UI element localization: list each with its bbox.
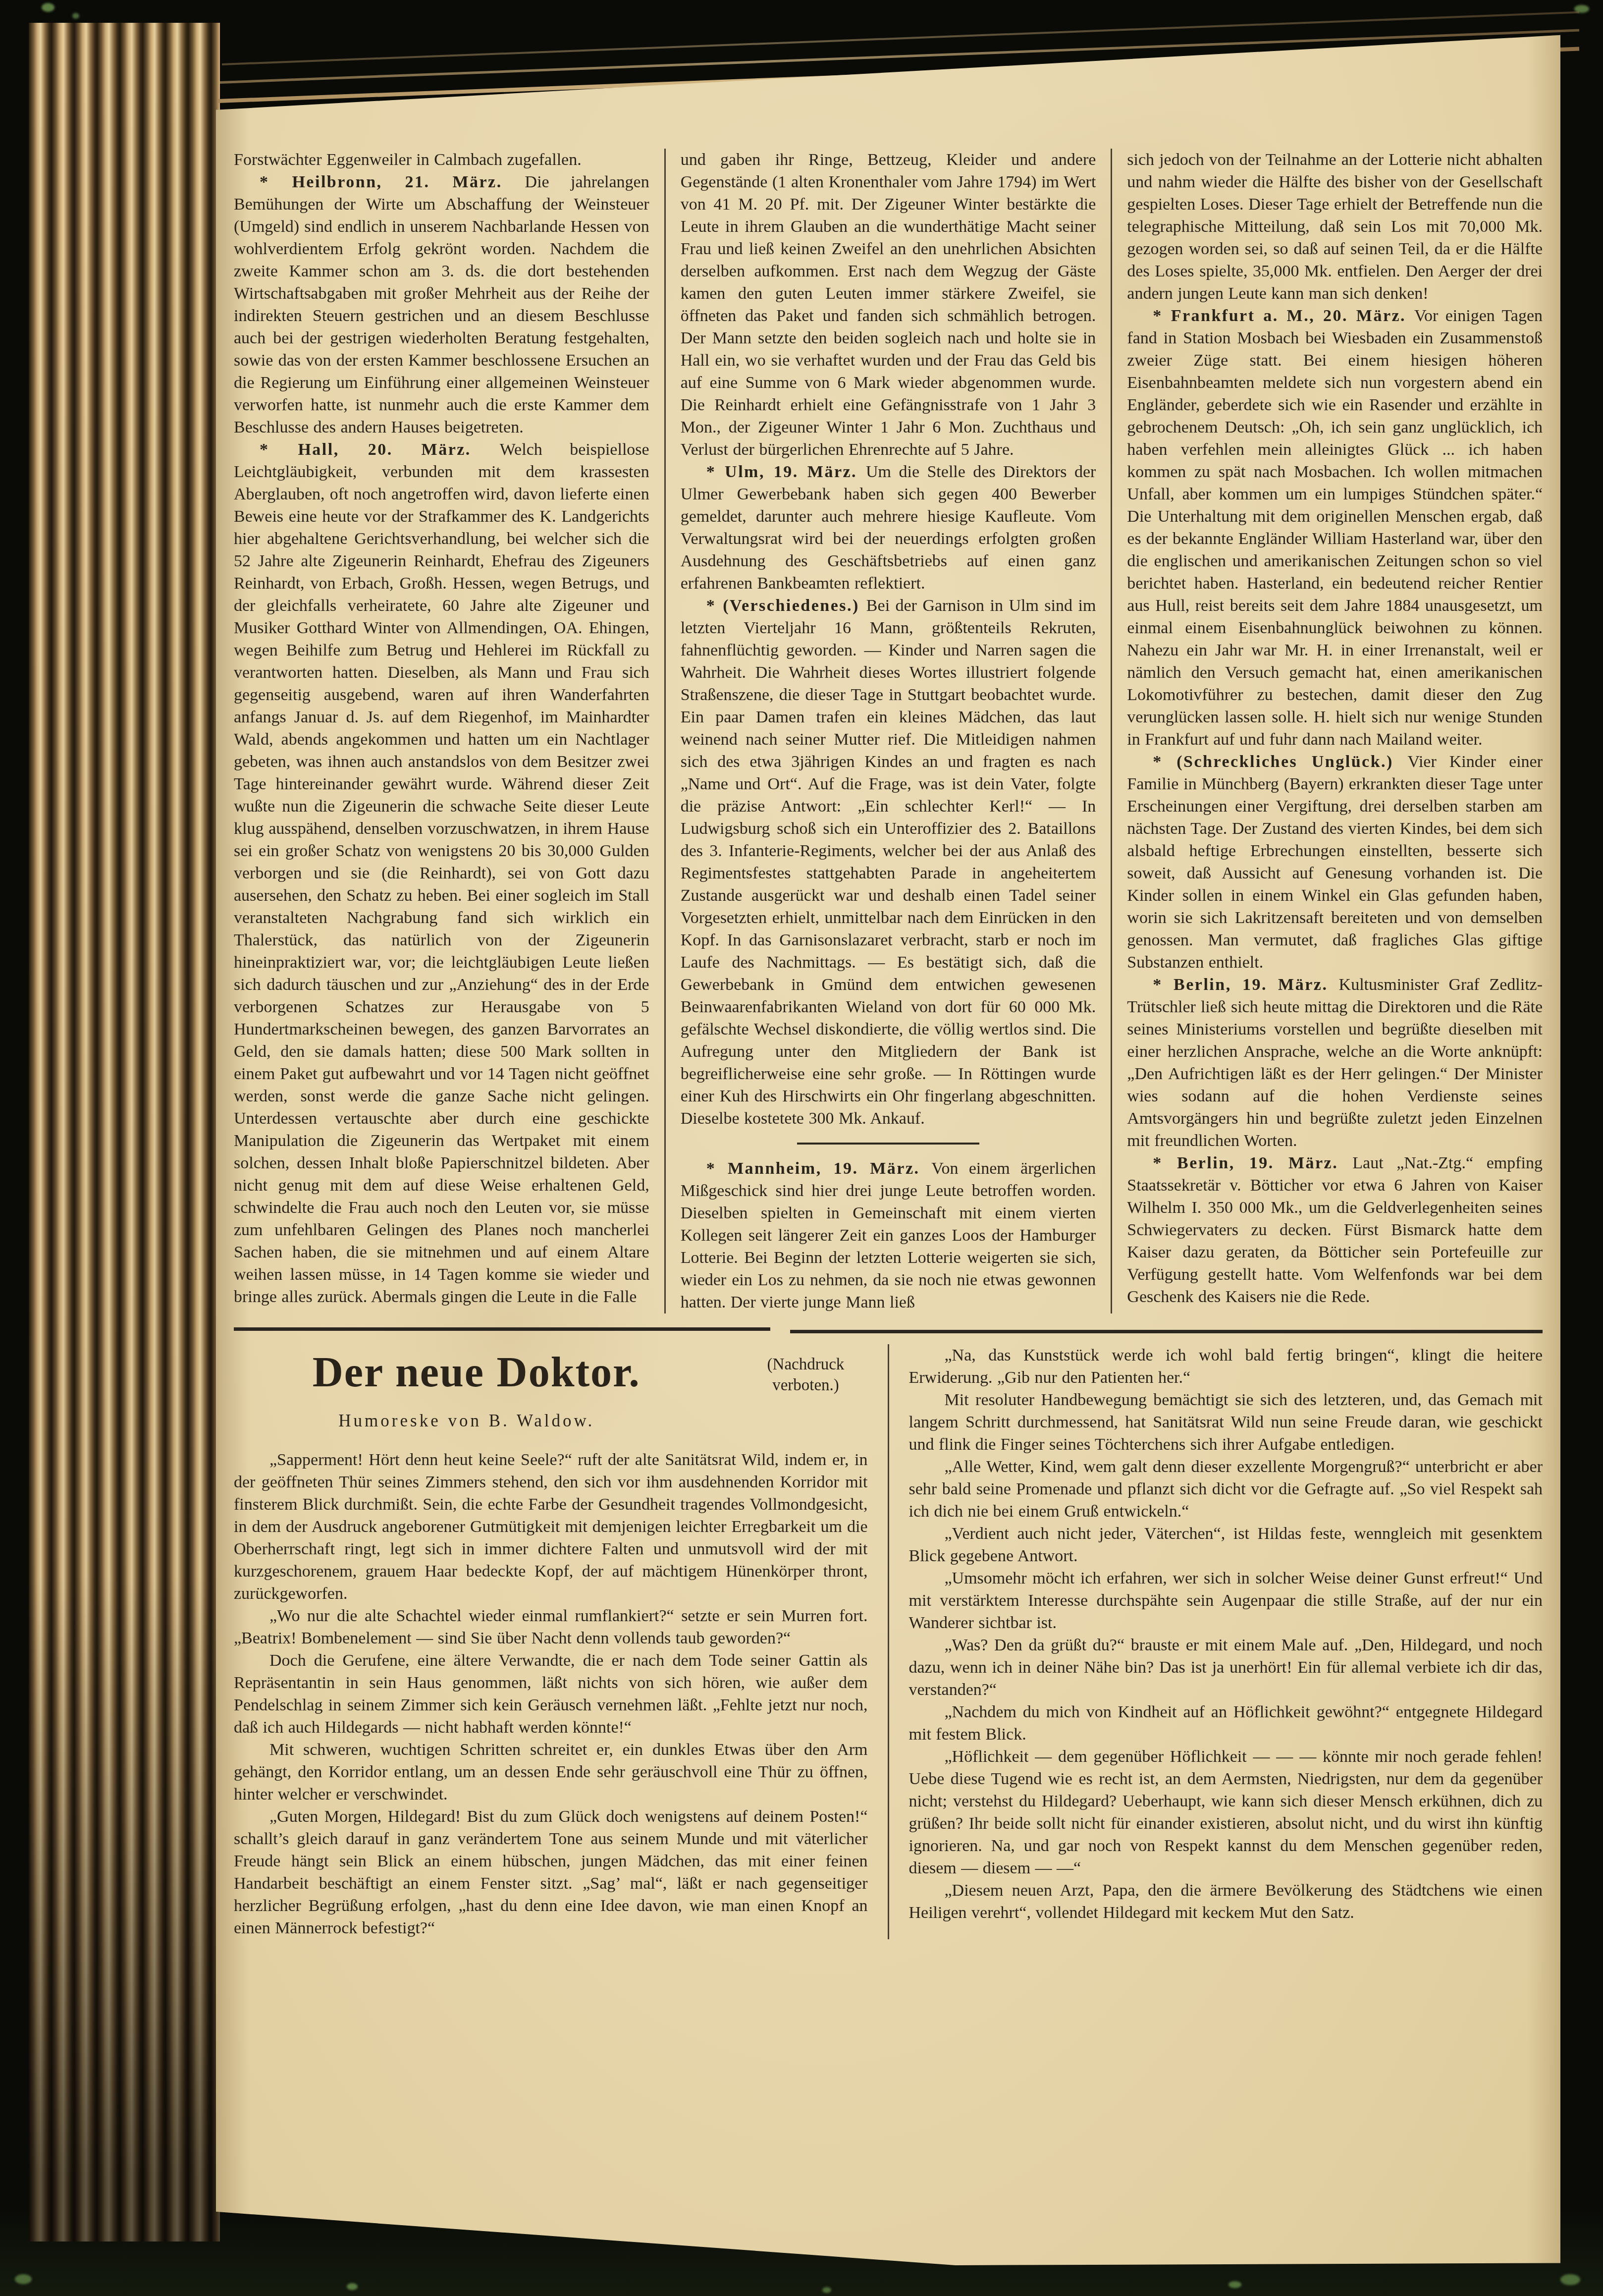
- news-column-1: Forstwächter Eggenweiler in Calmbach zug…: [234, 149, 664, 1313]
- article-separator-rule: [797, 1143, 979, 1145]
- reprint-notice: (Nachdruck verboten.): [744, 1354, 868, 1396]
- news-paragraph: * Frankfurt a. M., 20. März. Vor einigen…: [1127, 305, 1543, 751]
- article-text: Vier Kinder einer Familie in Münchberg (…: [1127, 753, 1543, 972]
- news-column-2: und gaben ihr Ringe, Bettzeug, Kleider u…: [664, 149, 1111, 1313]
- feuilleton-paragraph: Mit schweren, wuchtigen Schritten schrei…: [234, 1739, 868, 1805]
- news-column-3: sich jedoch von der Teilnahme an der Lot…: [1111, 149, 1543, 1313]
- feuilleton-paragraph: „Wo nur die alte Schachtel wieder einmal…: [234, 1605, 868, 1649]
- article-text: und gaben ihr Ringe, Bettzeug, Kleider u…: [681, 151, 1096, 459]
- feuilleton-column-left: „Sapperment! Hört denn heut keine Seele?…: [234, 1449, 868, 1939]
- scan-speckle: [1229, 2281, 1241, 2288]
- scan-speckle: [1560, 2274, 1580, 2285]
- article-text: Welch beispiellose Leichtgläubigkeit, ve…: [234, 440, 649, 1306]
- feuilleton-paragraph: „Nachdem du mich von Kindheit auf an Höf…: [909, 1701, 1543, 1746]
- section-divider-rule: [234, 1327, 1543, 1333]
- news-paragraph: * (Verschiedenes.) Bei der Garnison in U…: [681, 595, 1096, 1130]
- article-text: Forstwächter Eggenweiler in Calmbach zug…: [234, 151, 582, 169]
- news-paragraph: * Heilbronn, 21. März. Die jahrelangen B…: [234, 171, 649, 438]
- scan-speckle: [822, 2287, 831, 2293]
- news-paragraph: Forstwächter Eggenweiler in Calmbach zug…: [234, 149, 649, 171]
- article-dateline: * Hall, 20. März.: [260, 440, 500, 459]
- feuilleton-paragraph: „Na, das Kunststück werde ich wohl bald …: [909, 1344, 1543, 1389]
- article-dateline: * Berlin, 19. März.: [1153, 1154, 1352, 1172]
- scan-speckle: [42, 3, 54, 12]
- feuilleton-paragraph: Mit resoluter Handbewegung bemächtigt si…: [909, 1389, 1543, 1456]
- news-paragraph: * Mannheim, 19. März. Von einem ärgerlic…: [681, 1157, 1096, 1313]
- article-dateline: * (Verschiedenes.): [706, 597, 866, 615]
- article-text: sich jedoch von der Teilnahme an der Lot…: [1127, 151, 1543, 303]
- article-dateline: * Heilbronn, 21. März.: [260, 173, 525, 191]
- feuilleton-title: Der neue Doktor.: [234, 1349, 719, 1395]
- article-text: Um die Stelle des Direktors der Ulmer Ge…: [681, 463, 1096, 593]
- feuilleton-paragraph: „Alle Wetter, Kind, wem galt denn dieser…: [909, 1456, 1543, 1523]
- article-text: Vor einigen Tagen fand in Station Mosbac…: [1127, 307, 1543, 749]
- article-dateline: * Mannheim, 19. März.: [706, 1159, 932, 1178]
- scan-speckle: [347, 2283, 358, 2290]
- feuilleton-section: Der neue Doktor. (Nachdruck verboten.) H…: [234, 1344, 1543, 1939]
- feuilleton-paragraph: „Was? Den da grüßt du?“ brauste er mit e…: [909, 1634, 1543, 1701]
- newspaper-page: Forstwächter Eggenweiler in Calmbach zug…: [216, 32, 1560, 2265]
- rule-segment: [790, 1330, 1543, 1333]
- news-paragraph: * Ulm, 19. März. Um die Stelle des Direk…: [681, 461, 1096, 595]
- rule-segment: [234, 1327, 770, 1331]
- feuilleton-paragraph: Doch die Gerufene, eine ältere Verwandte…: [234, 1649, 868, 1739]
- news-paragraph: * (Schreckliches Unglück.) Vier Kinder e…: [1127, 751, 1543, 974]
- feuilleton-paragraph: „Höflichkeit — dem gegenüber Höflichkeit…: [909, 1746, 1543, 1879]
- news-paragraph: * Hall, 20. März. Welch beispiellose Lei…: [234, 438, 649, 1308]
- article-dateline: * Berlin, 19. März.: [1153, 976, 1338, 994]
- news-section: Forstwächter Eggenweiler in Calmbach zug…: [234, 149, 1543, 1313]
- article-dateline: * Frankfurt a. M., 20. März.: [1153, 307, 1414, 325]
- feuilleton-column-right: „Na, das Kunststück werde ich wohl bald …: [909, 1344, 1543, 1924]
- article-text: Die jahrelangen Bemühungen der Wirte um …: [234, 173, 649, 437]
- feuilleton-paragraph: „Umsomehr möcht ich erfahren, wer sich i…: [909, 1567, 1543, 1634]
- feuilleton-byline: Humoreske von B. Waldow.: [234, 1410, 699, 1432]
- news-paragraph: sich jedoch von der Teilnahme an der Lot…: [1127, 149, 1543, 305]
- article-text: Laut „Nat.-Ztg.“ empfing Staatssekretär …: [1127, 1154, 1543, 1306]
- article-text: Von einem ärgerlichen Mißgeschick sind h…: [681, 1159, 1096, 1312]
- scan-speckle: [15, 2274, 32, 2284]
- feuilleton-column-wrap-right: „Na, das Kunststück werde ich wohl bald …: [888, 1344, 1543, 1939]
- article-dateline: * Ulm, 19. März.: [706, 463, 866, 481]
- feuilleton-column-wrap-left: Der neue Doktor. (Nachdruck verboten.) H…: [234, 1344, 888, 1939]
- newspaper-scan: Forstwächter Eggenweiler in Calmbach zug…: [0, 0, 1603, 2296]
- book-fore-edge: [29, 23, 220, 2241]
- news-paragraph: * Berlin, 19. März. Laut „Nat.-Ztg.“ emp…: [1127, 1152, 1543, 1308]
- news-paragraph: * Berlin, 19. März. Kultusminister Graf …: [1127, 974, 1543, 1152]
- page-content: Forstwächter Eggenweiler in Calmbach zug…: [234, 149, 1543, 1939]
- feuilleton-paragraph: „Verdient auch nicht jeder, Väterchen“, …: [909, 1523, 1543, 1567]
- feuilleton-paragraph: „Guten Morgen, Hildegard! Bist du zum Gl…: [234, 1805, 868, 1939]
- scan-speckle: [72, 13, 79, 19]
- feuilleton-paragraph: „Diesem neuen Arzt, Papa, den die ärmere…: [909, 1879, 1543, 1924]
- feuilleton-header: Der neue Doktor. (Nachdruck verboten.) H…: [234, 1349, 868, 1432]
- news-paragraph: und gaben ihr Ringe, Bettzeug, Kleider u…: [681, 149, 1096, 461]
- article-text: Bei der Garnison in Ulm sind im letzten …: [681, 597, 1096, 1128]
- feuilleton-paragraph: „Sapperment! Hört denn heut keine Seele?…: [234, 1449, 868, 1605]
- article-dateline: * (Schreckliches Unglück.): [1153, 753, 1407, 771]
- article-text: Kultusminister Graf Zedlitz-Trütschler l…: [1127, 976, 1543, 1150]
